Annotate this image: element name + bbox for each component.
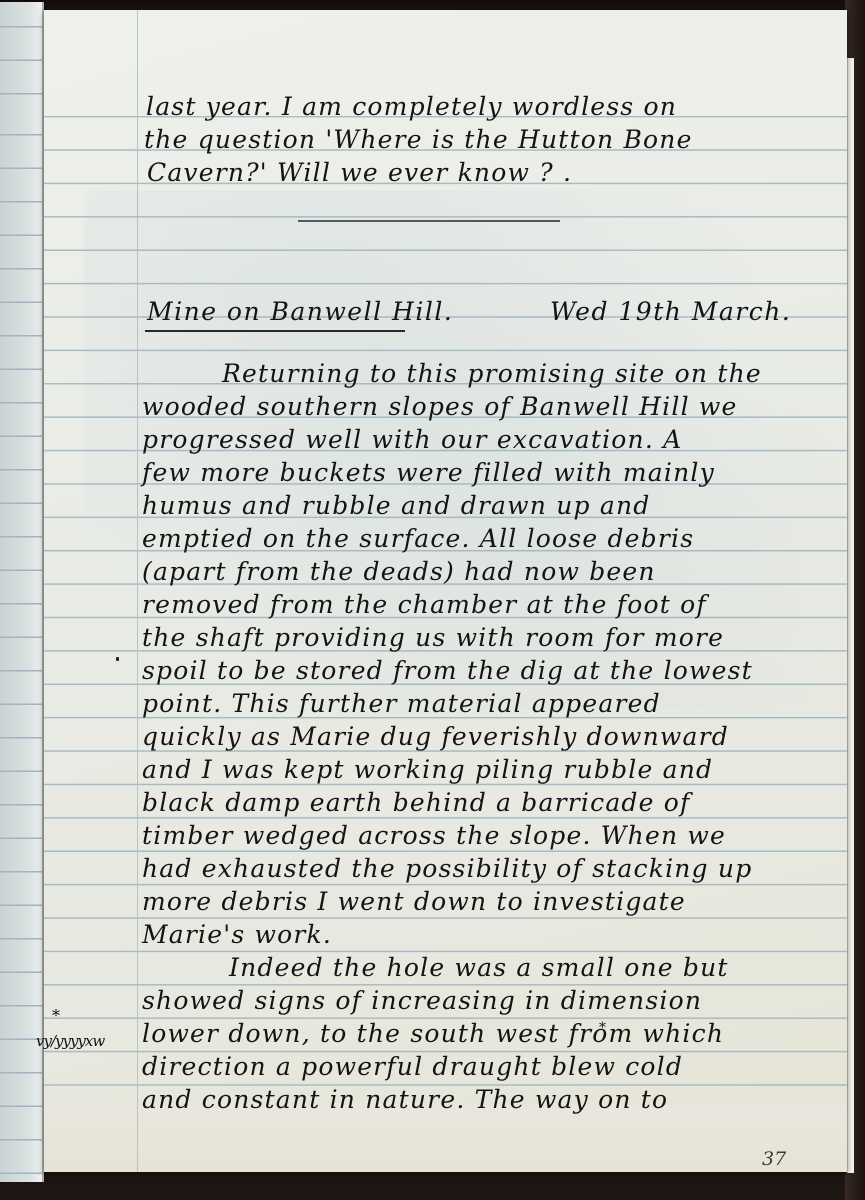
inline-asterisk: *	[599, 1020, 606, 1036]
paragraph-line: timber wedged across the slope. When we	[142, 819, 726, 852]
entry-title: Mine on Banwell Hill.	[147, 297, 453, 326]
page-number: 37	[762, 1148, 786, 1170]
paragraph-line: more debris I went down to investigate	[142, 885, 686, 918]
paragraph-line: Marie's work.	[142, 918, 332, 951]
paragraph-line: the shaft providing us with room for mor…	[142, 621, 724, 654]
paragraph-line: showed signs of increasing in dimension	[142, 984, 702, 1017]
paragraph-line: Indeed the hole was a small one but	[229, 951, 729, 984]
page-stack-edge	[847, 58, 854, 1173]
paragraph-line: quickly as Marie dug feverishly downward	[142, 720, 729, 753]
paragraph-line: and I was kept working piling rubble and	[142, 753, 713, 786]
paragraph-line: spoil to be stored from the dig at the l…	[142, 654, 753, 687]
paragraph-line: had exhausted the possibility of stackin…	[142, 852, 752, 885]
paragraph-line: direction a powerful draught blew cold	[142, 1050, 683, 1083]
ink-dot	[116, 657, 119, 661]
paragraph-line: few more buckets were filled with mainly	[142, 456, 715, 489]
paragraph-line: black damp earth behind a barricade of	[142, 786, 690, 819]
title-underline	[145, 330, 405, 332]
paragraph-line: lower down, to the south west from which	[142, 1017, 724, 1050]
entry-date: Wed 19th March.	[550, 297, 791, 326]
continuation-line: last year. I am completely wordless on	[146, 90, 677, 123]
paragraph-line: and constant in nature. The way on to	[142, 1083, 668, 1116]
paragraph-line: emptied on the surface. All loose debris	[142, 522, 694, 555]
notebook-page: last year. I am completely wordless on t…	[44, 10, 847, 1172]
continuation-line: the question 'Where is the Hutton Bone	[144, 123, 693, 156]
paragraph-line: humus and rubble and drawn up and	[142, 489, 650, 522]
previous-page-edge	[0, 2, 44, 1182]
paragraph-line: wooded southern slopes of Banwell Hill w…	[142, 390, 738, 423]
paragraph-line: removed from the chamber at the foot of	[142, 588, 707, 621]
handwritten-text: last year. I am completely wordless on t…	[44, 10, 847, 1172]
margin-annotation: vy/yyyyxw	[36, 1032, 104, 1050]
paragraph-line: progressed well with our excavation. A	[142, 423, 682, 456]
continuation-line: Cavern?' Will we ever know ? .	[147, 156, 572, 189]
paragraph-line: (apart from the deads) had now been	[142, 555, 656, 588]
margin-asterisk: *	[52, 1006, 60, 1025]
section-divider	[298, 220, 560, 222]
paragraph-line: Returning to this promising site on the	[222, 357, 762, 390]
paragraph-line: point. This further material appeared	[142, 687, 661, 720]
